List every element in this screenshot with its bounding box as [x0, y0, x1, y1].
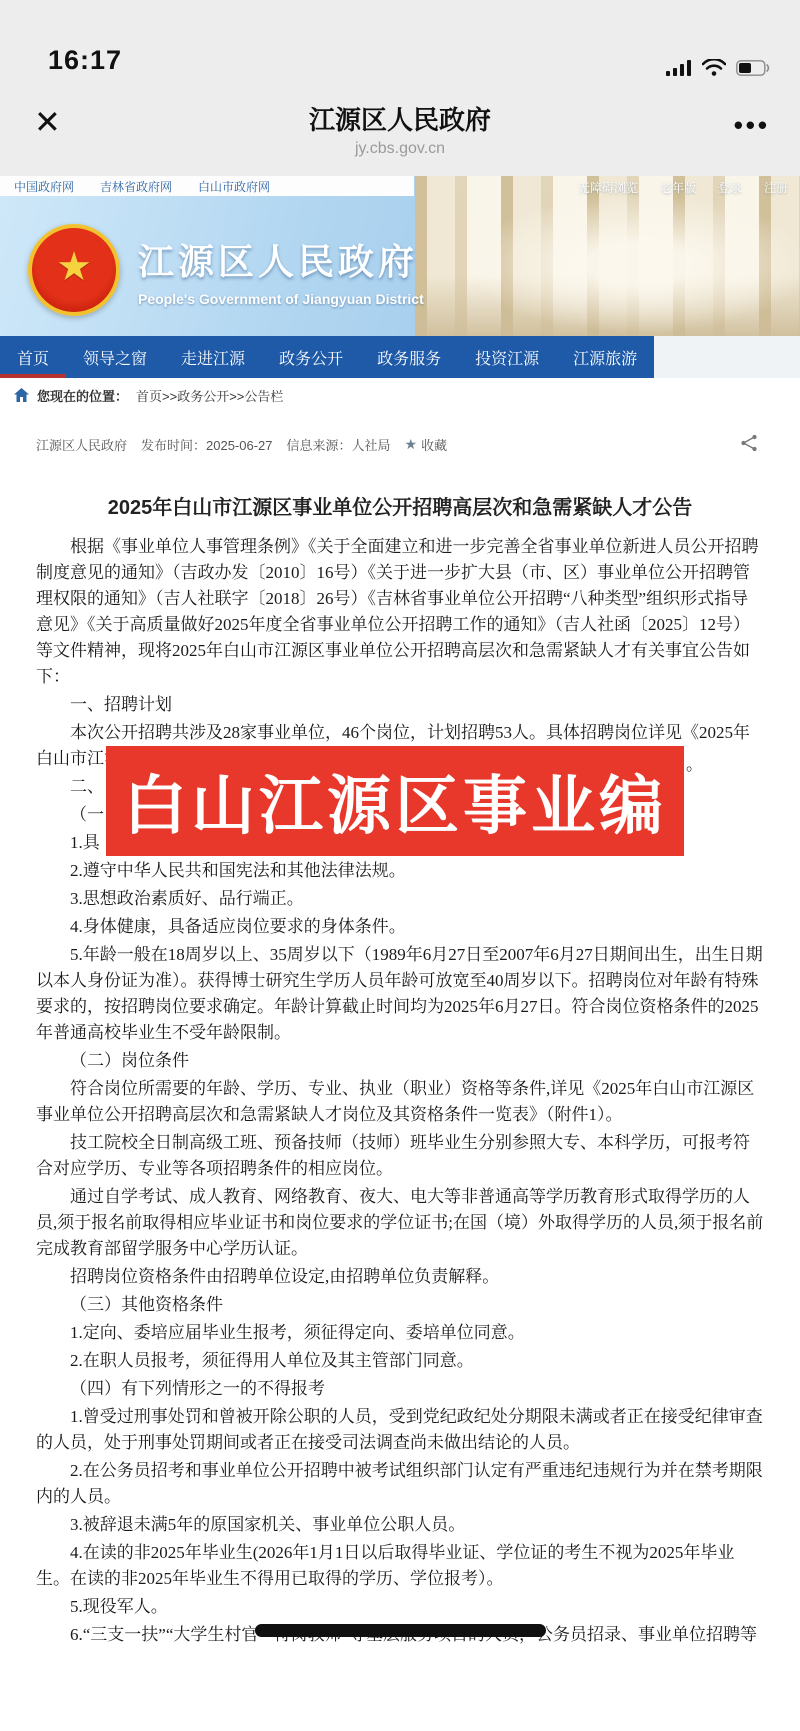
- article-body: 根据《事业单位人事管理条例》《关于全面建立和进一步完善全省事业单位新进人员公开招…: [0, 520, 800, 1648]
- nav-item[interactable]: 政务公开: [262, 336, 360, 378]
- meta-info-source: 信息来源：人社局: [287, 435, 391, 454]
- national-emblem-icon: ★: [28, 224, 120, 316]
- utility-links: 无障碍浏览 老年版 登录 注册: [578, 179, 788, 196]
- wifi-icon: [702, 59, 726, 76]
- browser-titlebar: ✕ 江源区人民政府 jy.cbs.gov.cn •••: [0, 90, 800, 176]
- gov-links-bar: 中国政府网 吉林省政府网 白山市政府网: [0, 176, 414, 196]
- nav-item[interactable]: 走进江源: [164, 336, 262, 378]
- article-paragraph: 一、招聘计划: [36, 692, 764, 718]
- meta-source-site: 江源区人民政府: [36, 435, 127, 454]
- favorite-label: 收藏: [421, 435, 447, 454]
- nav-item[interactable]: 首页: [0, 336, 66, 378]
- page: 16:17 ✕ 江源区人民政府 jy.cbs.gov.: [0, 0, 800, 1731]
- article-paragraph: 5.年龄一般在18周岁以上、35周岁以下（1989年6月27日至2007年6月2…: [36, 942, 764, 1046]
- main-nav: 首页领导之窗走进江源政务公开政务服务投资江源江源旅游专题专栏: [0, 336, 654, 378]
- article-title: 2025年白山市江源区事业单位公开招聘高层次和急需紧缺人才公告: [40, 491, 760, 520]
- star-icon: ★: [405, 436, 418, 453]
- watermark-banner: 白山江源区事业编: [106, 746, 684, 856]
- share-icon: [740, 434, 758, 452]
- share-button[interactable]: [740, 434, 758, 455]
- article-paragraph: 1.定向、委培应届毕业生报考，须征得定向、委培单位同意。: [36, 1320, 764, 1346]
- article-paragraph: 4.在读的非2025年毕业生(2026年1月1日以后取得毕业证、学位证的考生不视…: [36, 1540, 764, 1592]
- nav-row: 首页领导之窗走进江源政务公开政务服务投资江源江源旅游专题专栏: [0, 336, 800, 378]
- article-paragraph: 技工院校全日制高级工班、预备技师（技师）班毕业生分别参照大专、本科学历，可报考符…: [36, 1130, 764, 1182]
- article-paragraph: 3.思想政治素质好、品行端正。: [36, 886, 764, 912]
- breadcrumb-label: 您现在的位置：: [37, 386, 128, 405]
- status-bar: 16:17: [0, 0, 800, 90]
- article-paragraph: 2.在公务员招考和事业单位公开招聘中被考试组织部门认定有严重违纪违规行为并在禁考…: [36, 1458, 764, 1510]
- article-paragraph: 3.被辞退未满5年的原国家机关、事业单位公职人员。: [36, 1512, 764, 1538]
- watermark-banner-text: 白山江源区事业编: [123, 755, 667, 847]
- link-register[interactable]: 注册: [764, 179, 788, 196]
- article-paragraph: 2.遵守中华人民共和国宪法和其他法律法规。: [36, 858, 764, 884]
- page-title: 江源区人民政府: [0, 100, 800, 137]
- article-meta: 江源区人民政府 发布时间：2025-06-27 信息来源：人社局 ★ 收藏: [36, 434, 764, 455]
- nav-item[interactable]: 领导之窗: [66, 336, 164, 378]
- cellular-signal-icon: [666, 60, 692, 76]
- more-menu-icon[interactable]: •••: [734, 110, 770, 141]
- covered-tail-punct: 。: [686, 752, 703, 778]
- site-name-english: People's Government of Jiangyuan Distric…: [138, 291, 424, 307]
- link-elderly-version[interactable]: 老年版: [660, 179, 696, 196]
- battery-icon: [736, 60, 770, 76]
- nav-item[interactable]: 江源旅游: [556, 336, 654, 378]
- article-paragraph: 招聘岗位资格条件由招聘单位设定,由招聘单位负责解释。: [36, 1264, 764, 1290]
- site-header: 中国政府网 吉林省政府网 白山市政府网 无障碍浏览 老年版 登录 注册 ★ 江源…: [0, 176, 800, 336]
- article-paragraph: （二）岗位条件: [36, 1048, 764, 1074]
- last-paragraph-wrap: 6.“三支一扶”“大学生村官”“特岗教师”等基层服务项目的人员，公务员招录、事业…: [36, 1622, 764, 1648]
- article-paragraph: （四）有下列情形之一的不得报考: [36, 1376, 764, 1402]
- article-conditions: 2.遵守中华人民共和国宪法和其他法律法规。3.思想政治素质好、品行端正。4.身体…: [36, 858, 764, 1620]
- article-paragraph: 通过自学考试、成人教育、网络教育、夜大、电大等非普通高等学历教育形式取得学历的人…: [36, 1184, 764, 1262]
- site-brand: ★ 江源区人民政府 People's Government of Jiangyu…: [28, 224, 424, 316]
- page-url: jy.cbs.gov.cn: [0, 140, 800, 158]
- article-paragraph: 5.现役军人。: [36, 1594, 764, 1620]
- home-icon: [14, 388, 29, 402]
- link-china-gov[interactable]: 中国政府网: [14, 178, 74, 195]
- link-jilin-gov[interactable]: 吉林省政府网: [100, 178, 172, 195]
- nav-item[interactable]: 政务服务: [360, 336, 458, 378]
- link-login[interactable]: 登录: [718, 179, 742, 196]
- article-paragraph: 符合岗位所需要的年龄、学历、专业、执业（职业）资格等条件,详见《2025年白山市…: [36, 1076, 764, 1128]
- nav-item[interactable]: 投资江源: [458, 336, 556, 378]
- breadcrumb-path[interactable]: 首页>>政务公开>>公告栏: [136, 386, 283, 405]
- article-paragraph: 4.身体健康，具备适应岗位要求的身体条件。: [36, 914, 764, 940]
- header-photo: [415, 176, 800, 336]
- article-paragraph: （三）其他资格条件: [36, 1292, 764, 1318]
- article-intro: 根据《事业单位人事管理条例》《关于全面建立和进一步完善全省事业单位新进人员公开招…: [36, 534, 764, 718]
- status-icons: [666, 59, 770, 76]
- link-baishan-gov[interactable]: 白山市政府网: [198, 178, 270, 195]
- redaction-bar: [255, 1624, 546, 1637]
- banner-zone: 本次公开招聘共涉及28家事业单位，46个岗位，计划招聘53人。具体招聘岗位详见《…: [36, 720, 764, 856]
- favorite-button[interactable]: ★ 收藏: [405, 435, 448, 454]
- link-accessibility[interactable]: 无障碍浏览: [578, 179, 638, 196]
- meta-publish-date: 发布时间：2025-06-27: [141, 435, 273, 454]
- site-name: 江源区人民政府: [138, 234, 424, 285]
- clock: 16:17: [48, 45, 122, 76]
- article-paragraph: 1.曾受过刑事处罚和曾被开除公职的人员，受到党纪政纪处分期限未满或者正在接受纪律…: [36, 1404, 764, 1456]
- article-paragraph: 根据《事业单位人事管理条例》《关于全面建立和进一步完善全省事业单位新进人员公开招…: [36, 534, 764, 690]
- article-paragraph: 2.在职人员报考，须征得用人单位及其主管部门同意。: [36, 1348, 764, 1374]
- breadcrumb: 您现在的位置： 首页>>政务公开>>公告栏: [0, 378, 800, 412]
